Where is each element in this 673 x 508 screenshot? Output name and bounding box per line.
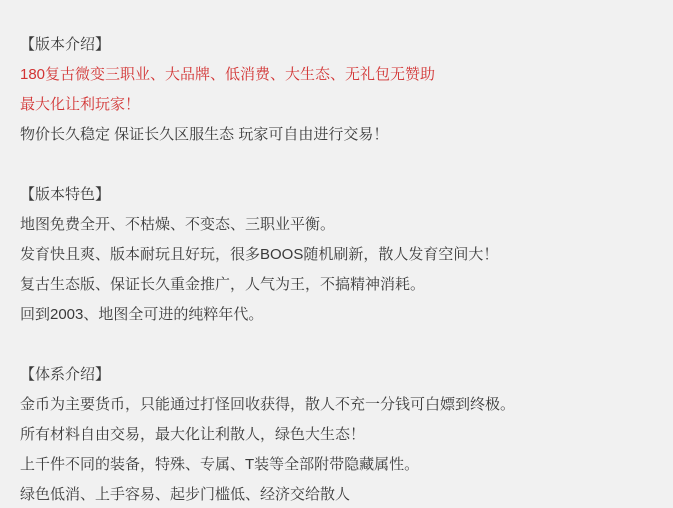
feature-line-era: 回到2003、地图全可进的纯粹年代。	[20, 300, 653, 330]
system-line-equipment: 上千件不同的装备，特殊、专属、T装等全部附带隐藏属性。	[20, 450, 653, 480]
section-heading: 【版本特色】	[20, 180, 653, 210]
intro-line-economy: 物价长久稳定 保证长久区服生态 玩家可自由进行交易！	[20, 120, 653, 150]
game-server-intro-page: 【版本介绍】 180复古微变三职业、大品牌、低消费、大生态、无礼包无赞助 最大化…	[0, 0, 673, 508]
feature-line-promo: 复古生态版、保证长久重金推广，人气为王，不搞精神消耗。	[20, 270, 653, 300]
section-heading: 【版本介绍】	[20, 30, 653, 60]
feature-line-maps: 地图免费全开、不枯燥、不变态、三职业平衡。	[20, 210, 653, 240]
section-system-intro: 【体系介绍】 金币为主要货币，只能通过打怪回收获得，散人不充一分钱可白嫖到终极。…	[20, 360, 653, 508]
system-line-trade: 所有材料自由交易，最大化让利散人，绿色大生态！	[20, 420, 653, 450]
system-line-lowcost: 绿色低消、上手容易、起步门槛低、经济交给散人	[20, 480, 653, 508]
section-version-intro: 【版本介绍】 180复古微变三职业、大品牌、低消费、大生态、无礼包无赞助 最大化…	[20, 30, 653, 150]
intro-line-features: 180复古微变三职业、大品牌、低消费、大生态、无礼包无赞助	[20, 60, 653, 90]
feature-line-growth: 发育快且爽、版本耐玩且好玩，很多BOOS随机刷新，散人发育空间大！	[20, 240, 653, 270]
section-heading: 【体系介绍】	[20, 360, 653, 390]
section-version-features: 【版本特色】 地图免费全开、不枯燥、不变态、三职业平衡。 发育快且爽、版本耐玩且…	[20, 180, 653, 330]
intro-line-benefit: 最大化让利玩家！	[20, 90, 653, 120]
system-line-currency: 金币为主要货币，只能通过打怪回收获得，散人不充一分钱可白嫖到终极。	[20, 390, 653, 420]
